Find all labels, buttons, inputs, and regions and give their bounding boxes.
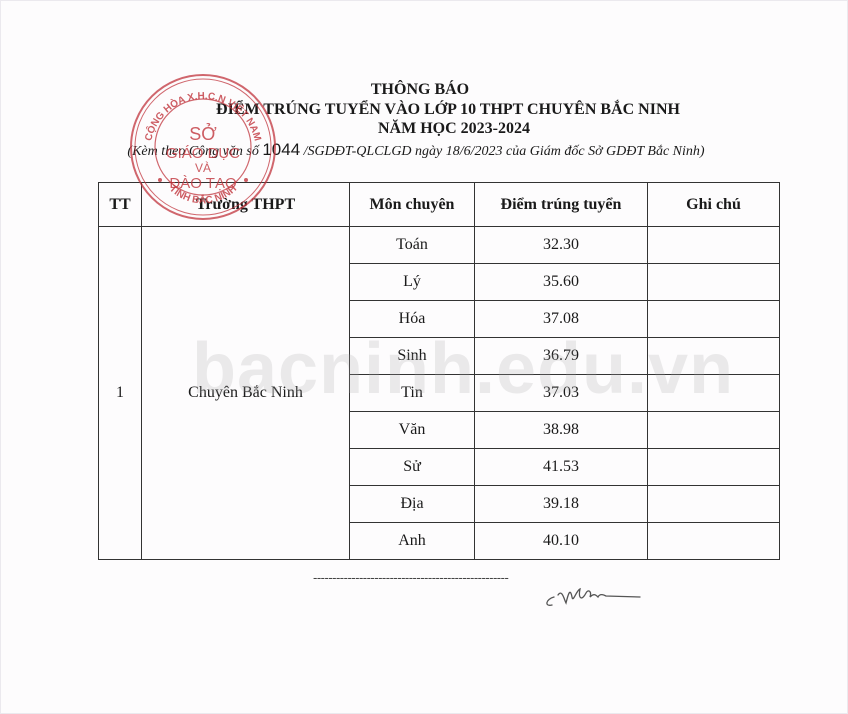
header-note: Ghi chú <box>648 183 780 227</box>
table-row: 1Chuyên Bắc NinhToán32.30 <box>99 227 780 264</box>
score-cell: 37.03 <box>475 375 648 412</box>
note-cell <box>648 264 780 301</box>
school-year: NĂM HỌC 2023-2024 <box>30 120 848 138</box>
header-subject: Môn chuyên <box>350 183 475 227</box>
note-number: 1044 <box>262 140 300 159</box>
header-tt: TT <box>99 183 142 227</box>
note-cell <box>648 523 780 560</box>
subject-cell: Lý <box>350 264 475 301</box>
document-title: THÔNG BÁO <box>0 81 844 99</box>
score-cell: 36.79 <box>475 338 648 375</box>
subject-cell: Tin <box>350 375 475 412</box>
score-cell: 40.10 <box>475 523 648 560</box>
note-suffix: /SGDĐT-QLCLGD ngày 18/6/2023 của Giám đố… <box>300 144 704 159</box>
school-cell: Chuyên Bắc Ninh <box>142 227 350 560</box>
results-table: TT Trường THPT Môn chuyên Điểm trúng tuy… <box>98 182 780 560</box>
header-score: Điểm trúng tuyển <box>475 183 648 227</box>
score-cell: 32.30 <box>475 227 648 264</box>
note-cell <box>648 227 780 264</box>
note-cell <box>648 486 780 523</box>
subject-cell: Sinh <box>350 338 475 375</box>
document-note: (Kèm theo Công văn số 1044 /SGDĐT-QLCLGD… <box>0 140 840 160</box>
subject-cell: Toán <box>350 227 475 264</box>
subject-cell: Anh <box>350 523 475 560</box>
subject-cell: Hóa <box>350 301 475 338</box>
note-cell <box>648 301 780 338</box>
score-cell: 39.18 <box>475 486 648 523</box>
note-cell <box>648 412 780 449</box>
signature-icon <box>540 575 650 615</box>
subject-cell: Sử <box>350 449 475 486</box>
note-cell <box>648 338 780 375</box>
note-cell <box>648 449 780 486</box>
subject-cell: Địa <box>350 486 475 523</box>
score-cell: 38.98 <box>475 412 648 449</box>
header-school: Trường THPT <box>142 183 350 227</box>
table-header-row: TT Trường THPT Môn chuyên Điểm trúng tuy… <box>99 183 780 227</box>
note-cell <box>648 375 780 412</box>
tt-cell: 1 <box>99 227 142 560</box>
note-prefix: (Kèm theo Công văn số <box>127 144 262 159</box>
score-cell: 35.60 <box>475 264 648 301</box>
score-cell: 37.08 <box>475 301 648 338</box>
subject-cell: Văn <box>350 412 475 449</box>
footer-separator: ----------------------------------------… <box>313 570 508 585</box>
document-subtitle: ĐIỂM TRÚNG TUYỂN VÀO LỚP 10 THPT CHUYÊN … <box>24 101 848 119</box>
score-cell: 41.53 <box>475 449 648 486</box>
